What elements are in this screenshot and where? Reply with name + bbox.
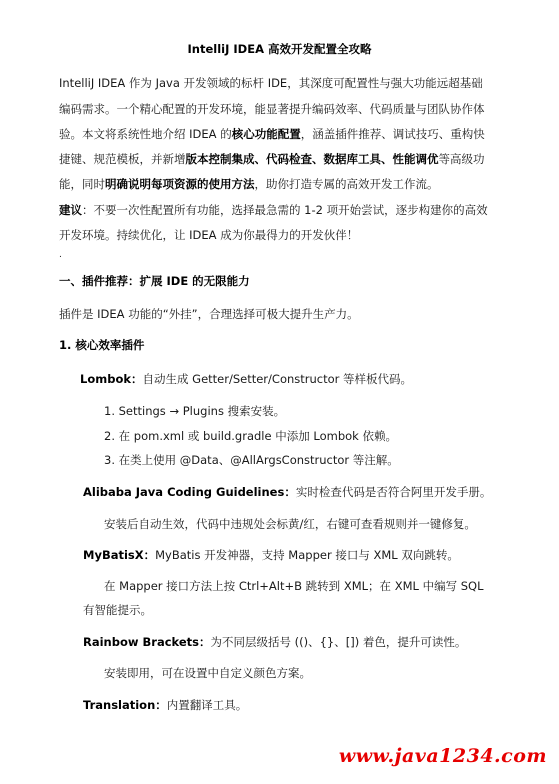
tip-label: 建议 [59,203,82,217]
tip-line-1: 建议：不要一次性配置所有功能，选择最急需的 1-2 项开始尝试，逐步构建你的高效 [59,202,488,218]
plugin-name: MyBatisX： [83,548,155,562]
intro-text: ，涵盖插件推荐、调试技巧、重构快 [301,127,485,141]
plugin-name: Alibaba Java Coding Guidelines： [83,485,296,499]
lombok-step-2: 2. 在 pom.xml 或 build.gradle 中添加 Lombok 依… [104,428,397,444]
section-1-heading: 一、插件推荐：扩展 IDE 的无限能力 [59,273,250,289]
plugin-mybatisx: MyBatisX：MyBatis 开发神器，支持 Mapper 接口与 XML … [83,547,459,563]
stray-dot: . [59,250,62,260]
intro-text: 捷键、规范模板，并新增 [59,152,186,166]
intro-text: ，助你打造专属的高效开发工作流。 [255,177,439,191]
intro-emphasis: 版本控制集成、代码检查、数据库工具、性能调优 [186,152,439,166]
mybatisx-usage-line-1: 在 Mapper 接口方法上按 Ctrl+Alt+B 跳转到 XML；在 XML… [104,578,483,594]
alibaba-usage: 安装后自动生效，代码中违规处会标黄/红，右键可查看规则并一键修复。 [104,516,476,532]
subsection-1-heading: 1. 核心效率插件 [59,337,144,353]
plugin-alibaba-guidelines: Alibaba Java Coding Guidelines：实时检查代码是否符… [83,484,491,500]
plugin-translation: Translation：内置翻译工具。 [83,697,247,713]
plugin-lombok: Lombok：自动生成 Getter/Setter/Constructor 等样… [80,371,412,387]
plugin-name: Lombok： [80,372,143,386]
tip-text: ：不要一次性配置所有功能，选择最急需的 1-2 项开始尝试，逐步构建你的高效 [82,203,488,217]
intro-line-2: 编码需求。一个精心配置的开发环境，能显著提升编码效率、代码质量与团队协作体 [59,101,485,117]
plugin-name: Rainbow Brackets： [83,635,211,649]
lombok-step-1: 1. Settings → Plugins 搜索安装。 [104,403,285,419]
plugin-description: 内置翻译工具。 [167,698,248,712]
tip-line-2: 开发环境。持续优化，让 IDEA 成为你最得力的开发伙伴！ [59,227,358,243]
plugin-name: Translation： [83,698,167,712]
mybatisx-usage-line-2: 有智能提示。 [83,602,152,618]
plugin-rainbow-brackets: Rainbow Brackets：为不同层级括号 (()、{}、[]) 着色，提… [83,634,466,650]
intro-emphasis: 明确说明每项资源的使用方法 [105,177,255,191]
intro-emphasis: 核心功能配置 [232,127,301,141]
intro-line-1: IntelliJ IDEA 作为 Java 开发领域的标杆 IDE，其深度可配置… [59,75,483,91]
plugin-description: 自动生成 Getter/Setter/Constructor 等样板代码。 [143,372,413,386]
lombok-step-3: 3. 在类上使用 @Data、@AllArgsConstructor 等注解。 [104,452,399,468]
plugin-description: MyBatis 开发神器，支持 Mapper 接口与 XML 双向跳转。 [155,548,459,562]
intro-text: 能，同时 [59,177,105,191]
plugin-description: 实时检查代码是否符合阿里开发手册。 [296,485,492,499]
intro-text: 等高级功 [439,152,485,166]
intro-line-5: 能，同时明确说明每项资源的使用方法，助你打造专属的高效开发工作流。 [59,176,439,192]
section-1-description: 插件是 IDEA 功能的“外挂”，合理选择可极大提升生产力。 [59,306,359,322]
document-title: IntelliJ IDEA 高效开发配置全攻略 [0,41,559,57]
intro-text: 验。本文将系统性地介绍 IDEA 的 [59,127,232,141]
rainbow-brackets-usage: 安装即用，可在设置中自定义颜色方案。 [104,665,311,681]
plugin-description: 为不同层级括号 (()、{}、[]) 着色，提升可读性。 [211,635,467,649]
intro-line-4: 捷键、规范模板，并新增版本控制集成、代码检查、数据库工具、性能调优等高级功 [59,151,485,167]
watermark-text: www.java1234.com [339,745,547,767]
intro-line-3: 验。本文将系统性地介绍 IDEA 的核心功能配置，涵盖插件推荐、调试技巧、重构快 [59,126,485,142]
